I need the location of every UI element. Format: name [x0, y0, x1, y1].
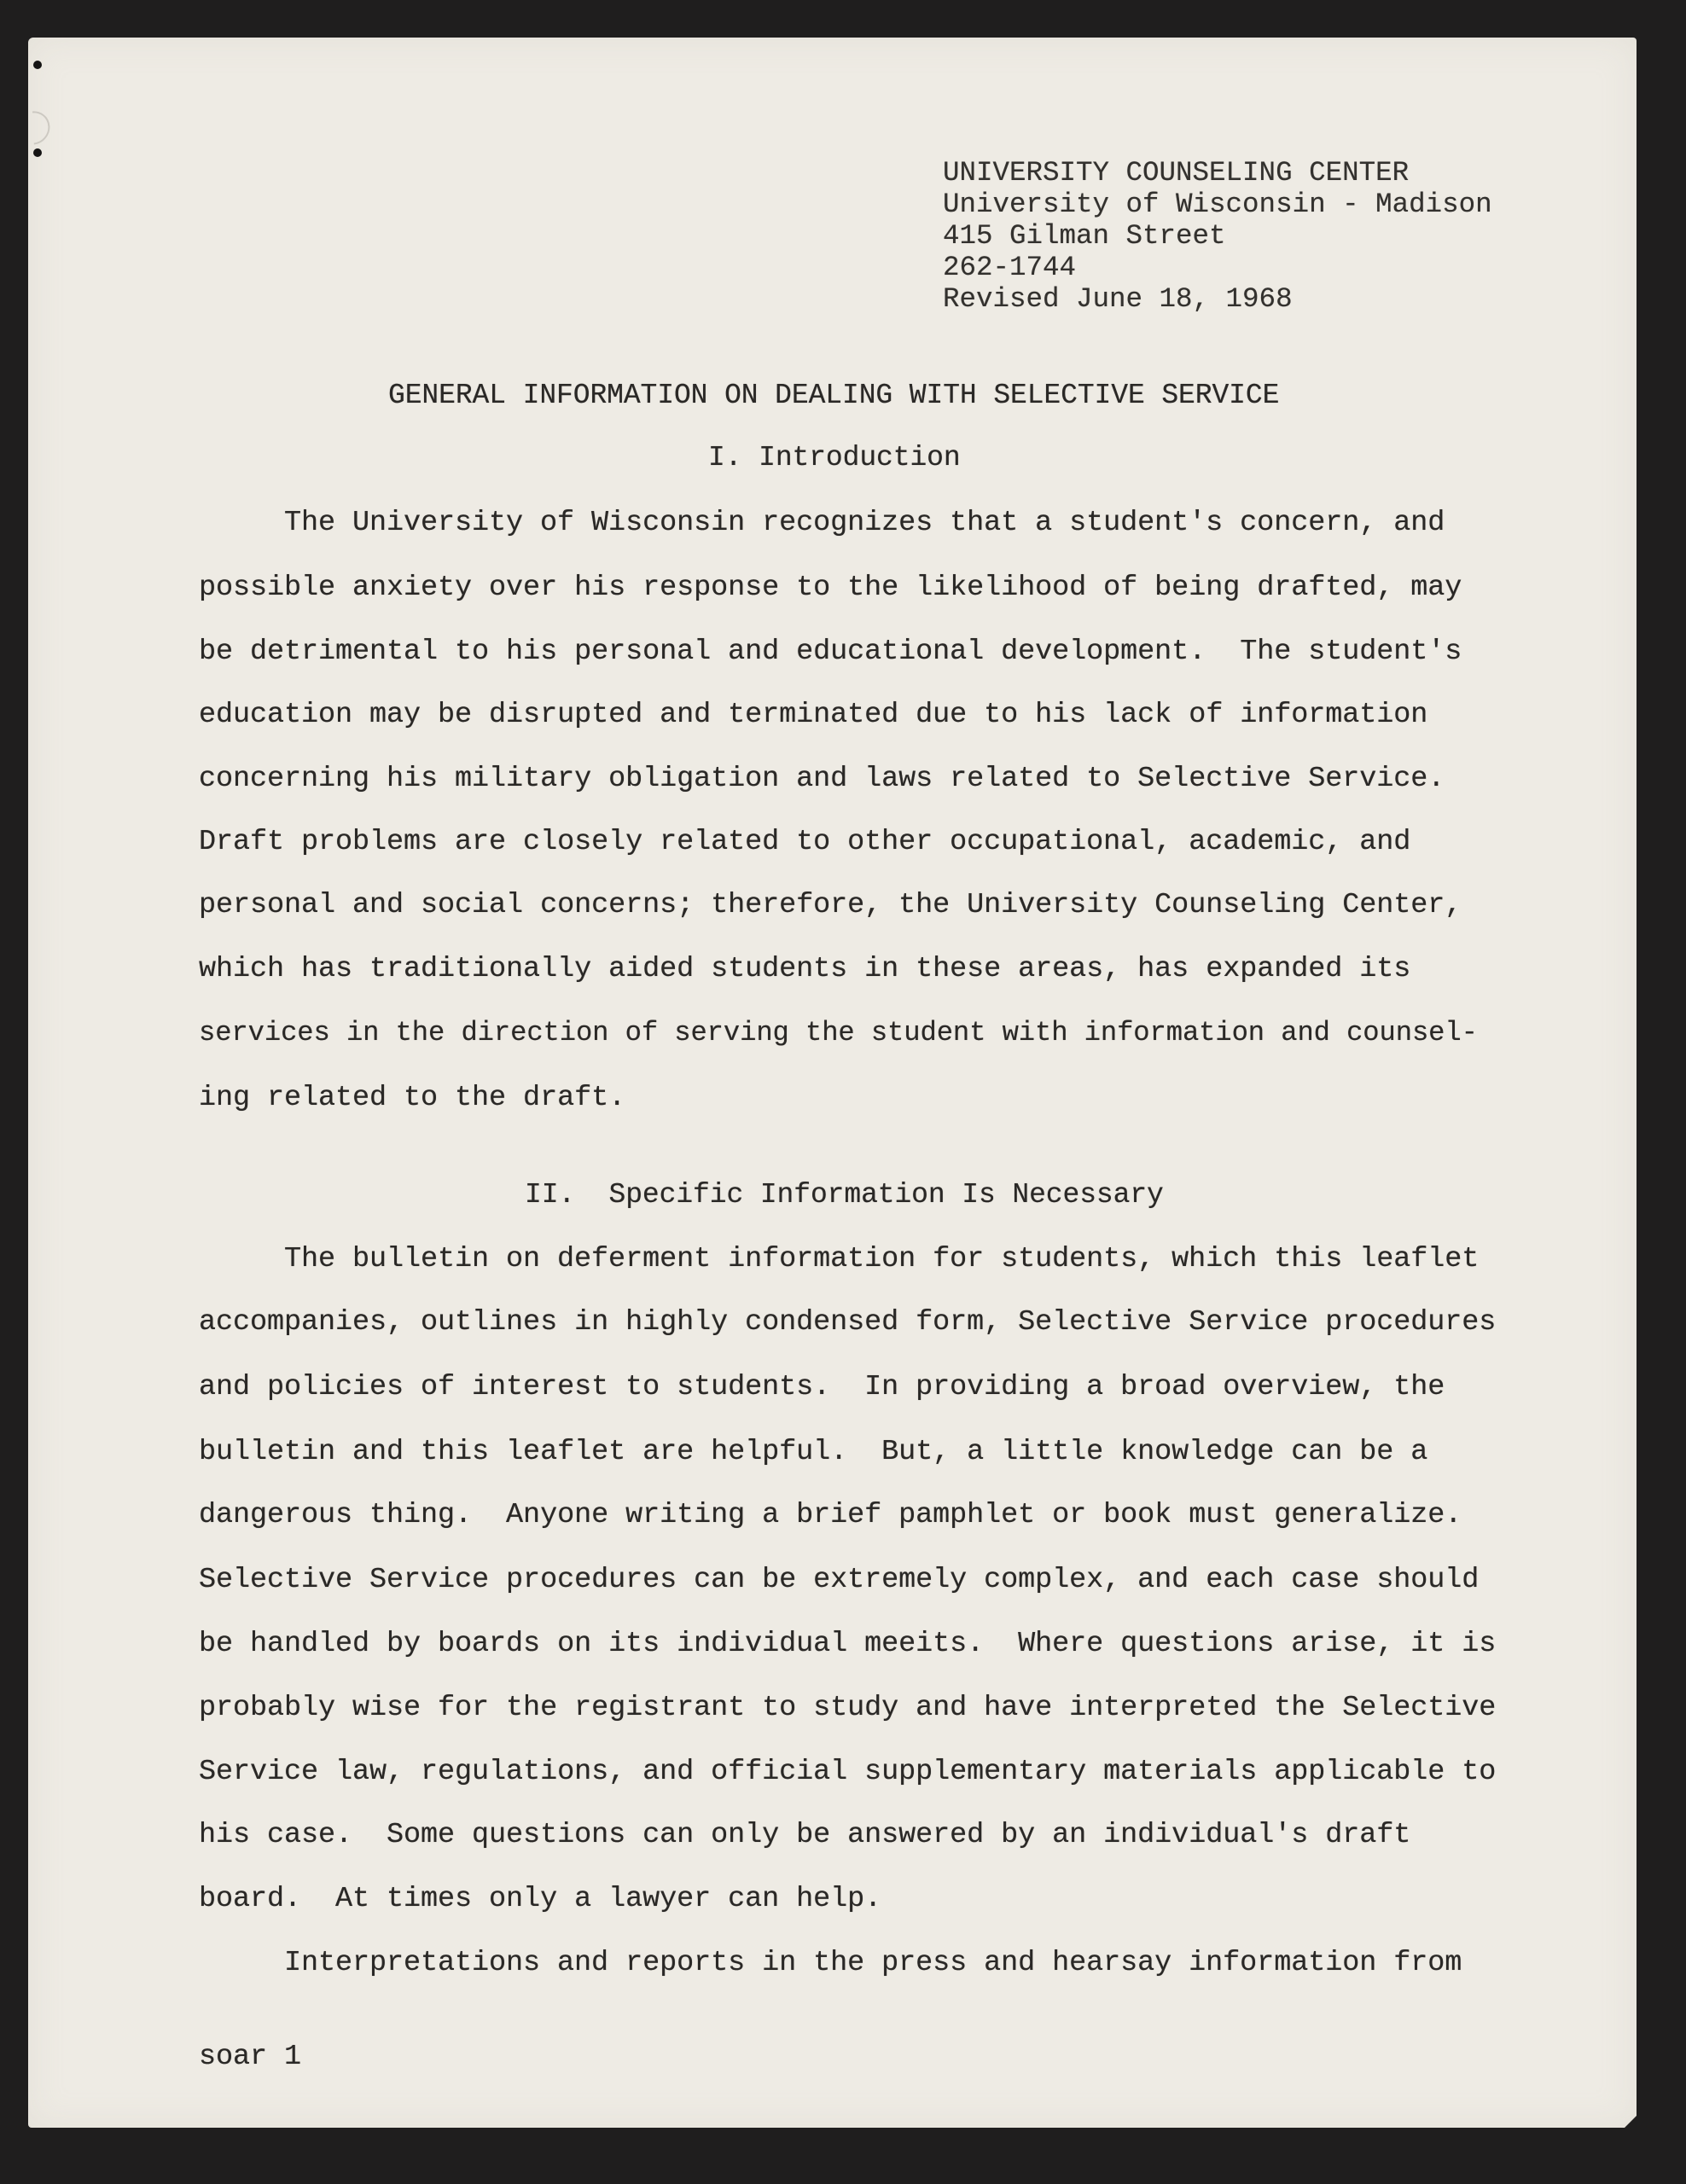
paragraph-line: services in the direction of serving the…	[199, 1019, 1478, 1047]
paragraph-line: accompanies, outlines in highly condense…	[199, 1309, 1496, 1338]
paragraph-line: personal and social concerns; therefore,…	[199, 892, 1462, 921]
paragraph-line: Interpretations and reports in the press…	[284, 1949, 1462, 1978]
paragraph-line: education may be disrupted and terminate…	[199, 701, 1427, 730]
document-title: GENERAL INFORMATION ON DEALING WITH SELE…	[388, 381, 1279, 409]
paragraph-line: possible anxiety over his response to th…	[199, 574, 1462, 603]
paragraph-line: probably wise for the registrant to stud…	[199, 1694, 1496, 1723]
paragraph-line: his case. Some questions can only be ans…	[199, 1821, 1410, 1850]
section-heading-introduction: I. Introduction	[708, 444, 961, 472]
street-address: 415 Gilman Street	[943, 220, 1492, 252]
paragraph-line: concerning his military obligation and l…	[199, 765, 1445, 794]
paragraph-line: The bulletin on deferment information fo…	[284, 1246, 1479, 1275]
paragraph-line: be detrimental to his personal and educa…	[199, 638, 1462, 667]
paragraph-line: The University of Wisconsin recognizes t…	[284, 509, 1445, 538]
clipped-corner	[1624, 2115, 1637, 2129]
revision-date: Revised June 18, 1968	[943, 283, 1492, 315]
paragraph-line: which has traditionally aided students i…	[199, 955, 1410, 985]
paragraph-line: be handled by boards on its individual m…	[199, 1630, 1496, 1659]
paragraph-line: ing related to the draft.	[199, 1084, 625, 1113]
paragraph-line: Service law, regulations, and official s…	[199, 1758, 1496, 1787]
staple-hole-icon	[33, 61, 42, 69]
phone-number: 262-1744	[943, 252, 1492, 283]
paragraph-line: and policies of interest to students. In…	[199, 1374, 1445, 1403]
staple-hole-icon	[33, 148, 42, 157]
paragraph-line: board. At times only a lawyer can help.	[199, 1885, 881, 1914]
paragraph-line: bulletin and this leaflet are helpful. B…	[199, 1438, 1427, 1467]
university-name: University of Wisconsin - Madison	[943, 189, 1492, 220]
paragraph-line: dangerous thing. Anyone writing a brief …	[199, 1501, 1462, 1531]
document-code-footer: soar 1	[199, 2043, 301, 2072]
section-heading-specific-information: II. Specific Information Is Necessary	[525, 1181, 1164, 1209]
paragraph-line: Selective Service procedures can be extr…	[199, 1566, 1479, 1595]
organization-name: UNIVERSITY COUNSELING CENTER	[943, 157, 1492, 189]
paragraph-line: Draft problems are closely related to ot…	[199, 828, 1410, 857]
letterhead-address: UNIVERSITY COUNSELING CENTER University …	[943, 157, 1492, 315]
